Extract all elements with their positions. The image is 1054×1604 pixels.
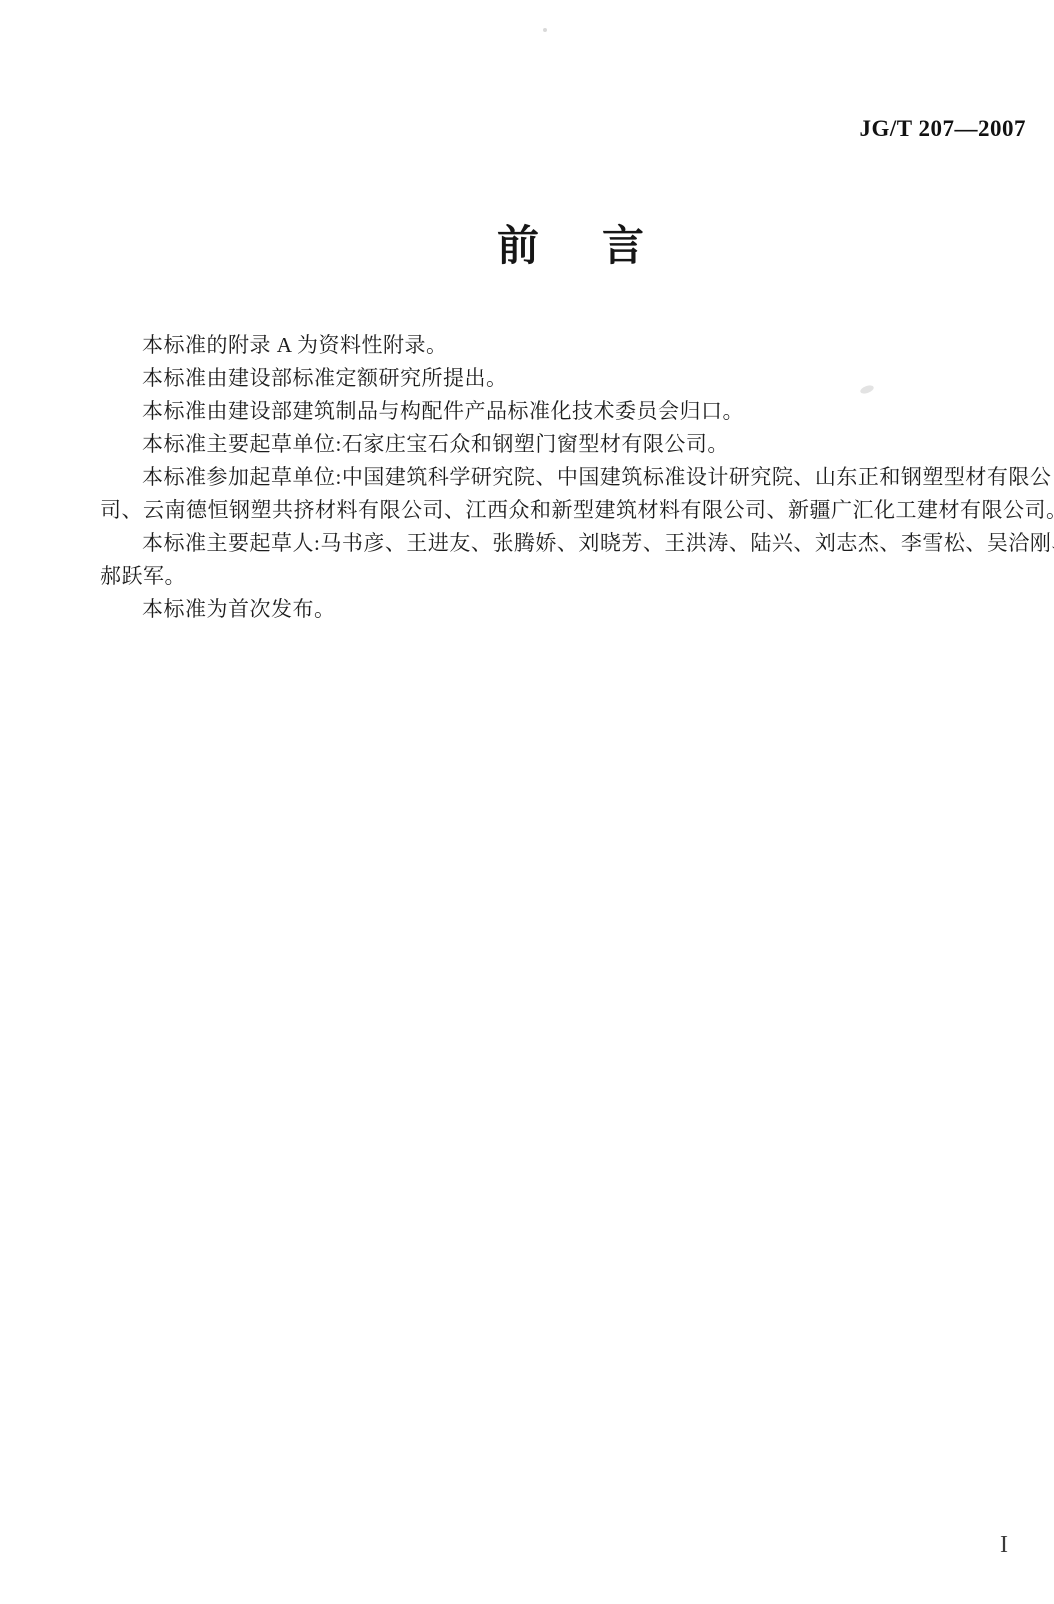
foreword-line: 郝跃军。 xyxy=(100,560,1040,593)
foreword-line: 本标准的附录 A 为资料性附录。 xyxy=(100,329,1040,362)
foreword-line: 本标准为首次发布。 xyxy=(100,593,1040,626)
foreword-body: 本标准的附录 A 为资料性附录。 本标准由建设部标准定额研究所提出。 本标准由建… xyxy=(100,329,1040,626)
foreword-line: 本标准由建设部标准定额研究所提出。 xyxy=(100,362,1040,395)
foreword-line: 本标准主要起草人:马书彦、王进友、张腾娇、刘晓芳、王洪涛、陆兴、刘志杰、李雪松、… xyxy=(100,527,1040,560)
document-page: JG/T 207—2007 前言 本标准的附录 A 为资料性附录。 本标准由建设… xyxy=(0,0,1054,1604)
standard-code: JG/T 207—2007 xyxy=(860,116,1026,142)
scan-artifact-dot xyxy=(543,28,547,32)
page-number: I xyxy=(1000,1532,1008,1559)
foreword-line: 本标准参加起草单位:中国建筑科学研究院、中国建筑标准设计研究院、山东正和钢塑型材… xyxy=(100,461,1040,494)
foreword-line: 本标准由建设部建筑制品与构配件产品标准化技术委员会归口。 xyxy=(100,395,1040,428)
foreword-line: 本标准主要起草单位:石家庄宝石众和钢塑门窗型材有限公司。 xyxy=(100,428,1040,461)
foreword-line: 司、云南德恒钢塑共挤材料有限公司、江西众和新型建筑材料有限公司、新疆广汇化工建材… xyxy=(100,494,1040,527)
foreword-title: 前言 xyxy=(497,213,707,273)
